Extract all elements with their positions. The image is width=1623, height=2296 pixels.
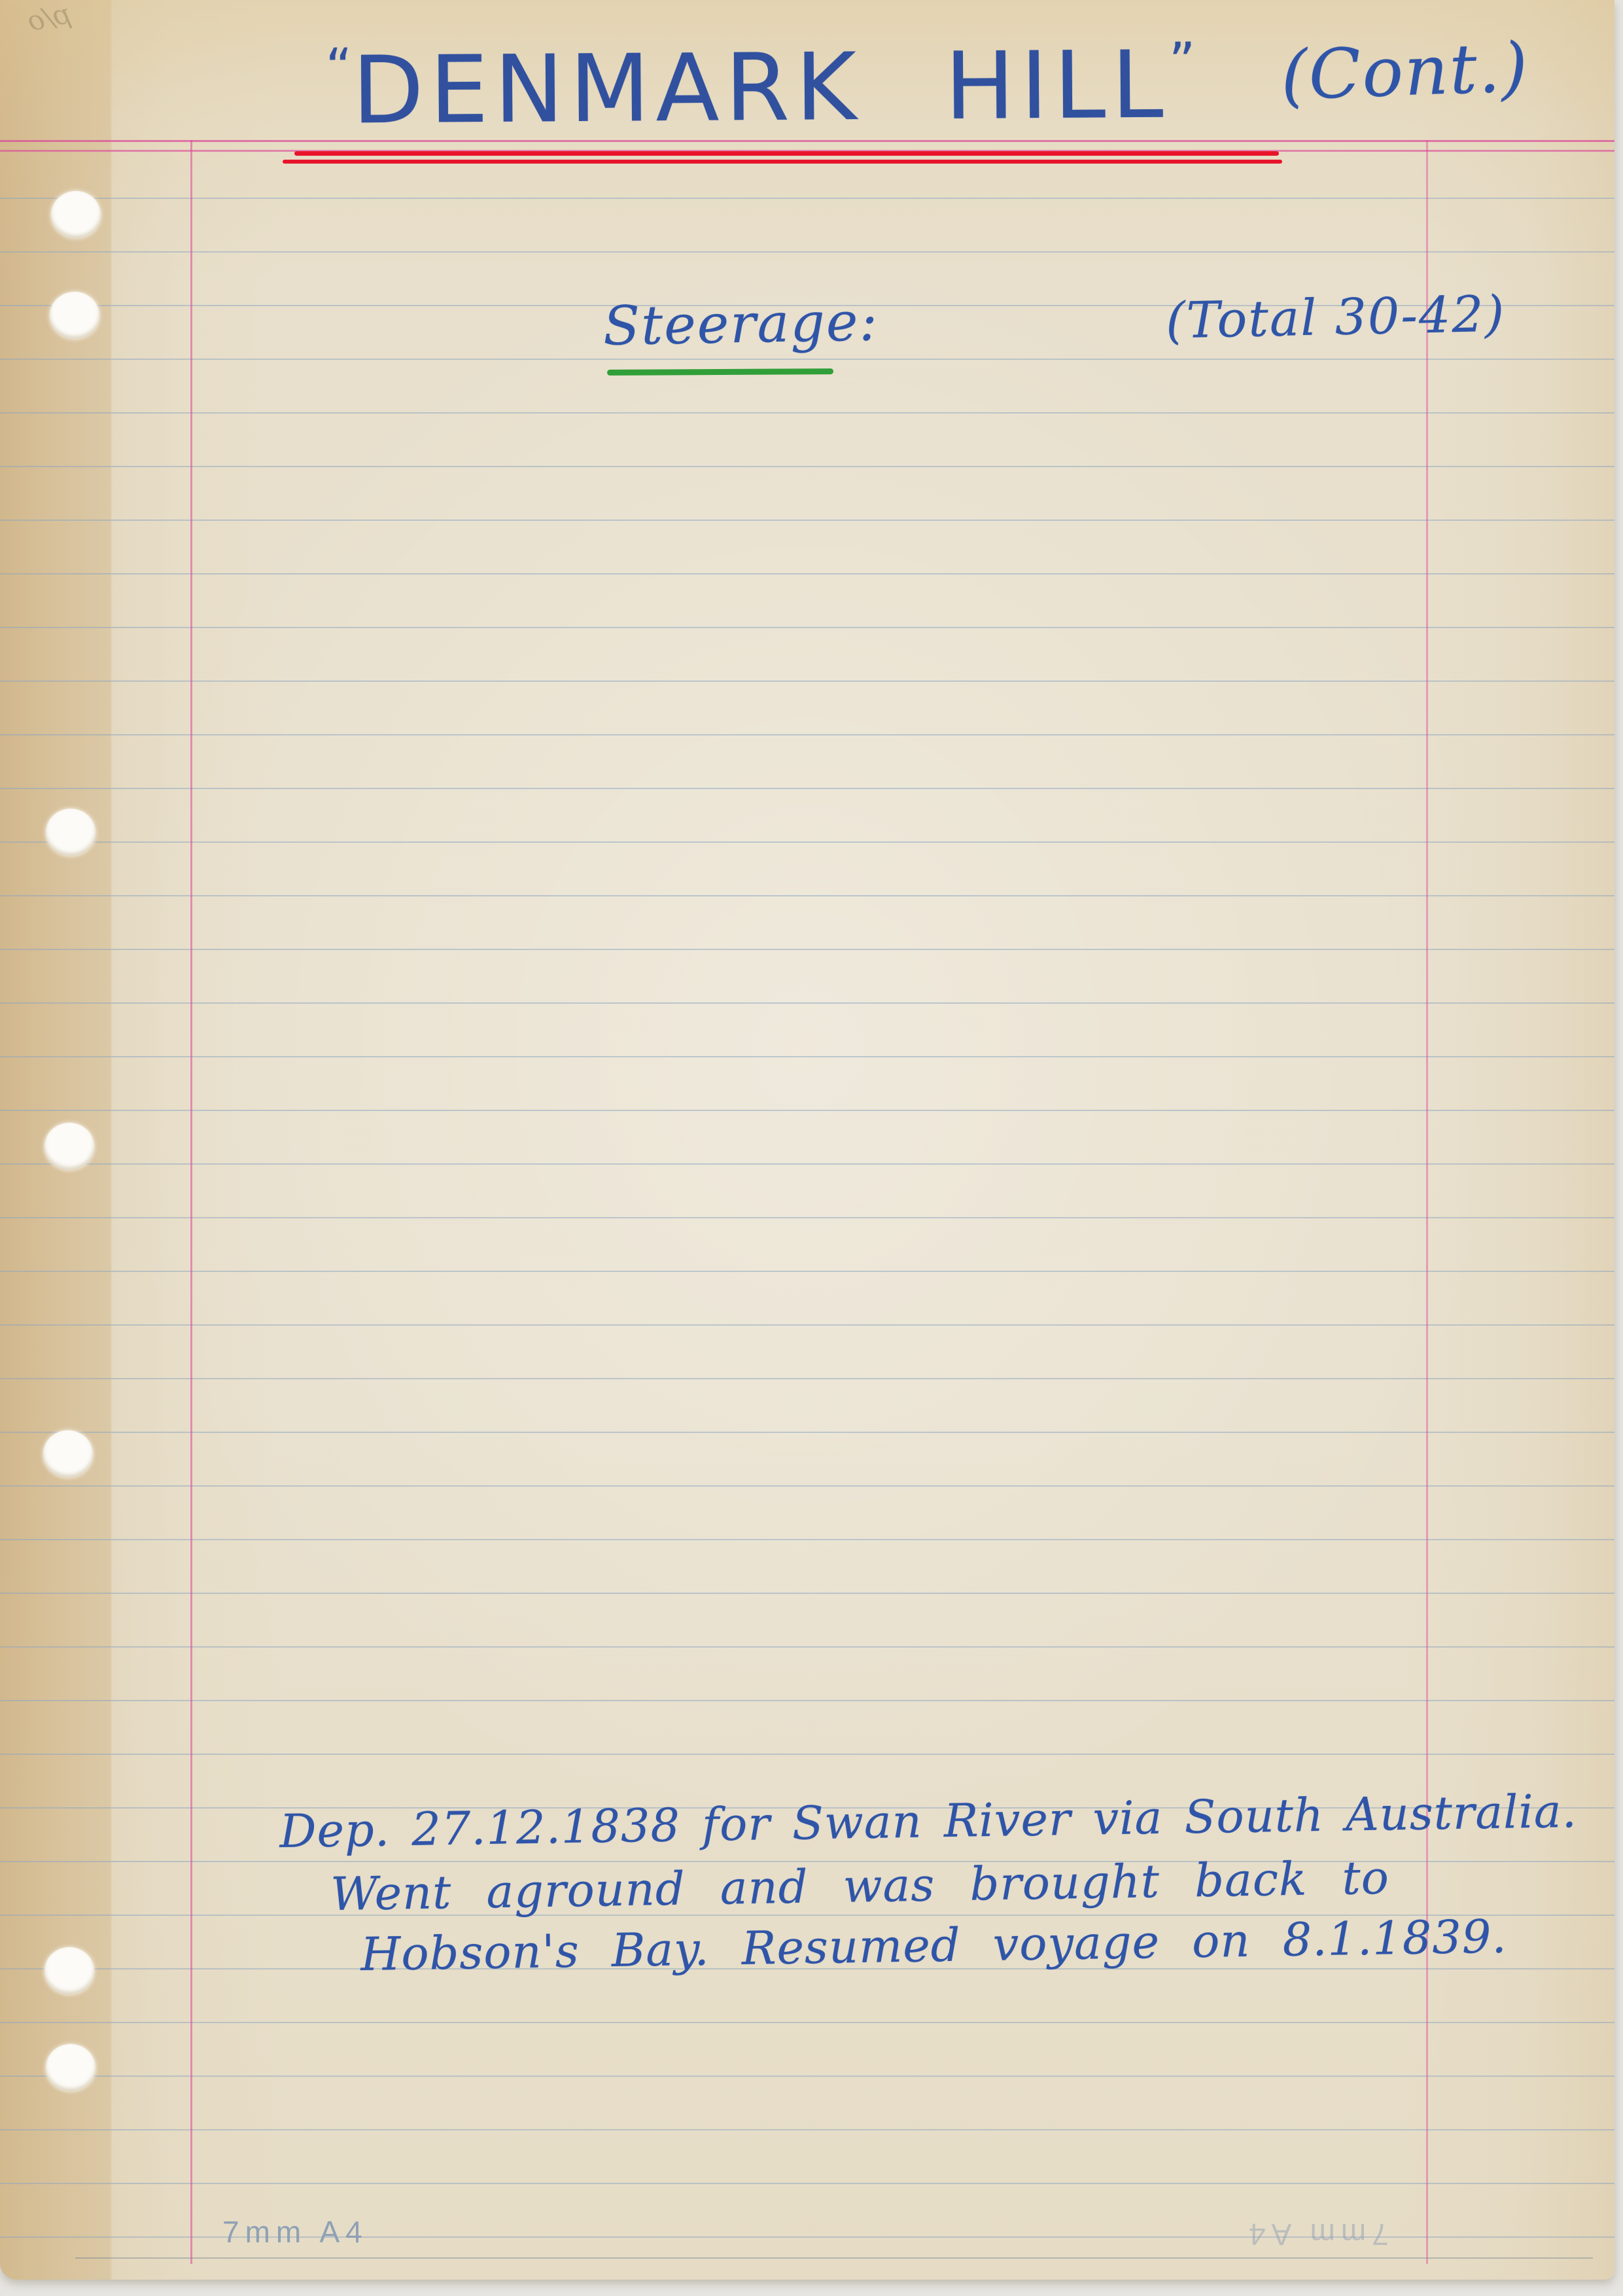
left-margin-line xyxy=(190,140,192,2264)
footer-ruling-label: 7mm A4 xyxy=(222,2214,368,2250)
title-underline-red-bottom xyxy=(283,160,1282,164)
punch-hole xyxy=(46,809,96,856)
section-underline-green xyxy=(607,368,833,376)
total-note: (Total 30-42) xyxy=(1165,285,1506,350)
page-title-text: DENMARK HILL xyxy=(352,31,1170,145)
title-underline-red-top xyxy=(294,151,1279,156)
punch-hole xyxy=(46,2044,96,2091)
title-close-quote: ” xyxy=(1169,32,1196,91)
punch-hole xyxy=(50,292,99,339)
title-open-quote: “ xyxy=(325,38,352,97)
punch-hole xyxy=(51,191,101,238)
title-continuation: (Cont.) xyxy=(1280,27,1530,115)
punch-hole xyxy=(44,1947,94,1994)
punch-hole xyxy=(44,1123,94,1170)
scanned-page: p/o “DENMARK HILL” (Cont.) Steerage: (To… xyxy=(0,0,1623,2296)
punch-hole xyxy=(43,1430,93,1477)
section-label: Steerage: xyxy=(602,291,879,357)
footer-ruling-label-mirrored: 7mm A4 xyxy=(1243,2217,1389,2252)
page-title: “DENMARK HILL” xyxy=(325,31,1196,145)
bottom-edge-line xyxy=(75,2257,1593,2259)
